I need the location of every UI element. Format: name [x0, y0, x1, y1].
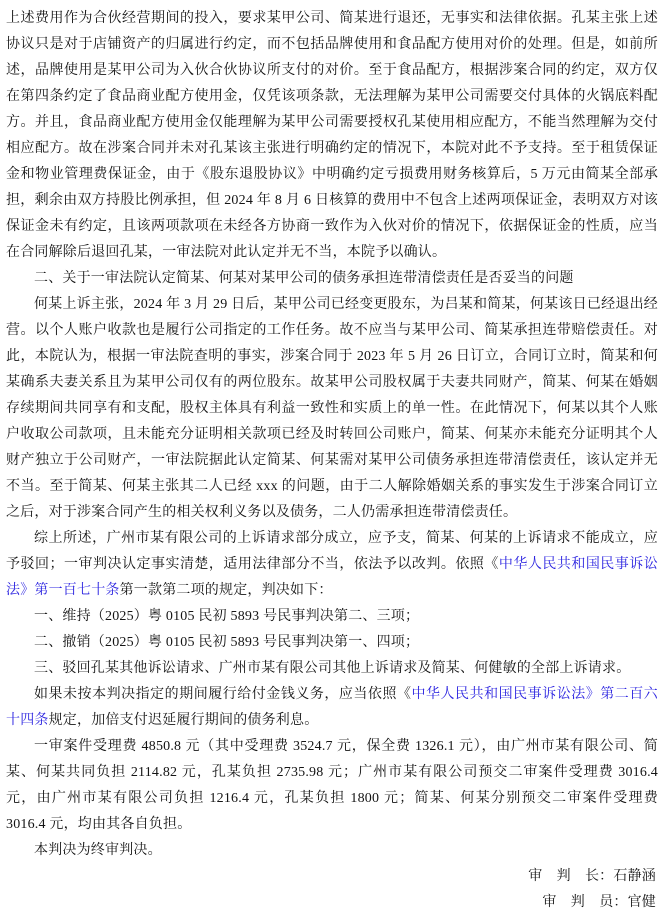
paragraph-late-payment-interest: 如果未按本判决指定的期间履行给付金钱义务，应当依照《中华人民共和国民事诉讼法》第…	[6, 682, 658, 734]
paragraph-text: 如果未按本判决指定的期间履行给付金钱义务，应当依照《	[34, 687, 412, 702]
paragraph-court-fees-allocation: 一审案件受理费 4850.8 元（其中受理费 3524.7 元，保全费 1326…	[6, 734, 658, 838]
judgment-document-page: 上述费用作为合伙经营期间的投入，要求某甲公司、简某进行退还，无事实和法律依据。孔…	[0, 0, 663, 914]
paragraph-issue-two-heading: 二、关于一审法院认定简某、何某对某甲公司的债务承担连带清偿责任是否妥当的问题	[6, 266, 658, 292]
paragraph-text: 何某上诉主张，2024 年 3 月 29 日后，某甲公司已经变更股东，为吕某和简…	[6, 297, 658, 520]
paragraph-final-judgment-statement: 本判决为终审判决。	[6, 838, 658, 864]
paragraph-fees-analysis: 上述费用作为合伙经营期间的投入，要求某甲公司、简某进行退还，无事实和法律依据。孔…	[6, 6, 658, 266]
judge-text: 审 判 员：官健	[542, 895, 656, 910]
presiding-judge-text: 审 判 长：石静涵	[528, 869, 656, 884]
paragraph-ruling-item-1: 一、维持（2025）粤 0105 民初 5893 号民事判决第二、三项；	[6, 604, 658, 630]
paragraph-text: 一、维持（2025）粤 0105 民初 5893 号民事判决第二、三项；	[34, 609, 419, 624]
paragraph-joint-liability-analysis: 何某上诉主张，2024 年 3 月 29 日后，某甲公司已经变更股东，为吕某和简…	[6, 292, 658, 526]
signature-block: 审 判 长：石静涵 审 判 员：官健	[6, 864, 658, 914]
paragraph-ruling-item-3: 三、驳回孔某其他诉讼请求、广州市某有限公司其他上诉请求及简某、何健敏的全部上诉请…	[6, 656, 658, 682]
paragraph-text: 第一款第二项的规定，判决如下：	[120, 583, 333, 598]
paragraph-ruling-item-2: 二、撤销（2025）粤 0105 民初 5893 号民事判决第一、四项；	[6, 630, 658, 656]
paragraph-text: 三、驳回孔某其他诉讼请求、广州市某有限公司其他上诉请求及简某、何健敏的全部上诉请…	[34, 661, 630, 676]
paragraph-text: 二、关于一审法院认定简某、何某对某甲公司的债务承担连带清偿责任是否妥当的问题	[34, 271, 574, 286]
presiding-judge-line: 审 判 长：石静涵	[6, 864, 658, 890]
paragraph-text: 本判决为终审判决。	[34, 843, 162, 858]
paragraph-conclusion: 综上所述，广州市某有限公司的上诉请求部分成立，应予支，简某、何某的上诉请求不能成…	[6, 526, 658, 604]
paragraph-text: 上述费用作为合伙经营期间的投入，要求某甲公司、简某进行退还，无事实和法律依据。孔…	[6, 11, 658, 260]
paragraph-text: 二、撤销（2025）粤 0105 民初 5893 号民事判决第一、四项；	[34, 635, 419, 650]
paragraph-text: 规定，加倍支付迟延履行期间的债务利息。	[49, 713, 319, 728]
paragraph-text: 一审案件受理费 4850.8 元（其中受理费 3524.7 元，保全费 1326…	[6, 739, 658, 832]
judge-line: 审 判 员：官健	[6, 890, 658, 914]
